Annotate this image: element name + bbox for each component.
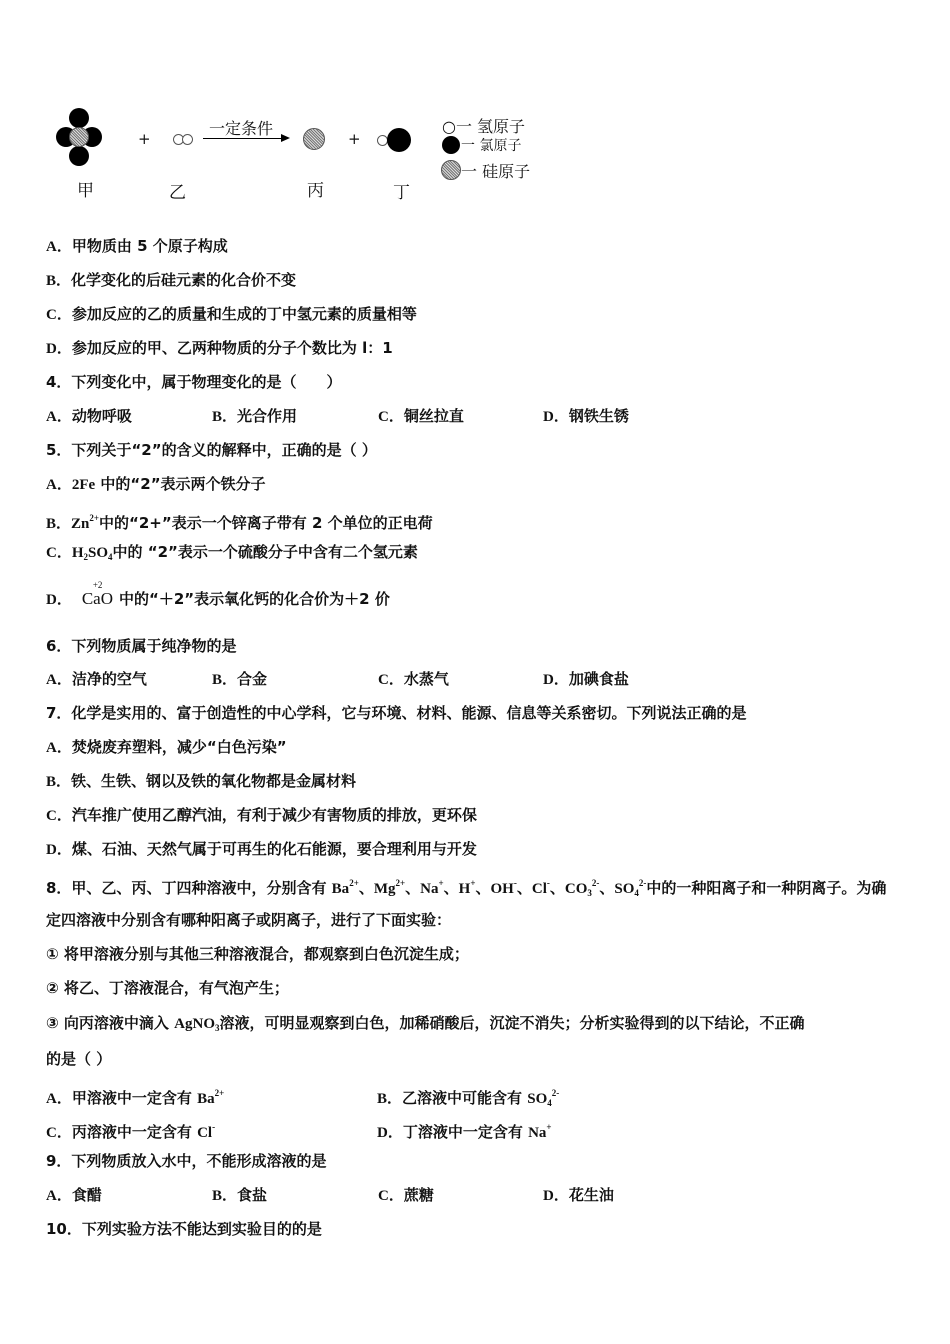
arrow-condition-label: 一定条件 <box>209 116 273 139</box>
q6-stem: 6．下列物质属于纯净物的是 <box>46 636 236 656</box>
q9-option-a: A．食醋 <box>46 1185 102 1206</box>
chlorine-atom-icon <box>442 136 460 154</box>
silicon-atom-icon <box>69 127 89 147</box>
q6-option-d: D．加碘食盐 <box>543 669 629 690</box>
q8-experiment-3-line2: 的是（ ） <box>46 1049 111 1069</box>
q8-stem: 8．甲、乙、丙、丁四种溶液中，分别含有 Ba2+、Mg2+、Na+、H+、OH-… <box>46 873 886 903</box>
chlorine-atom-icon <box>69 146 89 166</box>
legend-hydrogen: ○一 氢原子 <box>442 114 525 137</box>
q9-option-d: D．花生油 <box>543 1185 614 1206</box>
q8-stem-line2: 定四溶液中分别含有哪种阳离子或阴离子，进行了下面实验： <box>46 910 451 930</box>
q4-option-b: B．光合作用 <box>212 406 297 427</box>
q4-option-a: A．动物呼吸 <box>46 406 132 427</box>
q5-option-c: C．H2SO4中的 “2”表示一个硫酸分子中含有二个氢元素 <box>46 542 418 567</box>
legend-chlorine: 一 氯原子 <box>461 135 521 155</box>
q3-option-c: C．参加反应的乙的质量和生成的丁中氢元素的质量相等 <box>46 304 417 325</box>
q4-stem: 4．下列变化中，属于物理变化的是（ ） <box>46 372 341 392</box>
reaction-diagram: + 一定条件 + 甲 乙 丙 丁 ○一 氢原子 一 氯原子 一 硅原子 <box>40 100 560 210</box>
label-jia: 甲 <box>77 176 94 201</box>
hydrogen-atom-icon <box>182 134 193 145</box>
q7-option-b: B．铁、生铁、钢以及铁的氧化物都是金属材料 <box>46 771 356 792</box>
silicon-atom-icon <box>441 160 461 180</box>
cao-formula: +2CaO <box>82 589 113 609</box>
reaction-arrow-icon <box>203 138 283 139</box>
silicon-atom-icon <box>303 128 325 150</box>
q6-option-b: B．合金 <box>212 669 267 690</box>
q5-option-a: A．2Fe 中的“2”表示两个铁分子 <box>46 474 266 495</box>
q9-option-b: B．食盐 <box>212 1185 267 1206</box>
chlorine-atom-icon <box>69 108 89 128</box>
q4-option-d: D．钢铁生锈 <box>543 406 629 427</box>
q9-stem: 9．下列物质放入水中，不能形成溶液的是 <box>46 1151 326 1171</box>
q3-option-a: A．甲物质由 5 个原子构成 <box>46 236 228 257</box>
chlorine-atom-icon <box>387 128 411 152</box>
label-ding: 丁 <box>393 178 410 203</box>
plus-sign: + <box>138 130 151 148</box>
plus-sign: + <box>348 130 361 148</box>
q3-option-b: B．化学变化的后硅元素的化合价不变 <box>46 270 296 291</box>
q5-stem: 5．下列关于“2”的含义的解释中，正确的是（ ） <box>46 440 377 460</box>
legend-silicon: 一 硅原子 <box>461 159 530 182</box>
q7-stem: 7．化学是实用的、富于创造性的中心学科，它与环境、材料、能源、信息等关系密切。下… <box>46 703 746 723</box>
q3-option-d: D．参加反应的甲、乙两种物质的分子个数比为 l：1 <box>46 338 393 359</box>
label-yi: 乙 <box>169 178 186 203</box>
q8-experiment-3: ③ 向丙溶液中滴入 AgNO3溶液，可明显观察到白色，加稀硝酸后，沉淀不消失；分… <box>46 1013 805 1038</box>
q10-stem: 10．下列实验方法不能达到实验目的的是 <box>46 1219 322 1239</box>
q8-experiment-1: ① 将甲溶液分别与其他三种溶液混合，都观察到白色沉淀生成； <box>46 944 469 964</box>
q6-option-a: A．洁净的空气 <box>46 669 147 690</box>
q8-option-b: B．乙溶液中可能含有 SO42- <box>377 1083 559 1113</box>
arrow-head-icon <box>281 134 290 142</box>
q7-option-c: C．汽车推广使用乙醇汽油，有利于减少有害物质的排放，更环保 <box>46 805 477 826</box>
q8-experiment-2: ② 将乙、丁溶液混合，有气泡产生； <box>46 978 289 998</box>
q7-option-a: A．焚烧废弃塑料，减少“白色污染” <box>46 737 287 758</box>
exam-page: + 一定条件 + 甲 乙 丙 丁 ○一 氢原子 一 氯原子 一 硅原子 A．甲物… <box>0 0 950 1344</box>
q7-option-d: D．煤、石油、天然气属于可再生的化石能源，要合理利用与开发 <box>46 839 477 860</box>
q6-option-c: C．水蒸气 <box>378 669 449 690</box>
q9-option-c: C．蔗糖 <box>378 1185 434 1206</box>
q5-option-d: D．+2CaO中的“＋2”表示氧化钙的化合价为＋2 价 <box>46 589 390 610</box>
q8-option-c: C．丙溶液中一定含有 Cl- <box>46 1117 215 1143</box>
q8-option-a: A．甲溶液中一定含有 Ba2+ <box>46 1083 224 1109</box>
q4-option-c: C．铜丝拉直 <box>378 406 464 427</box>
q5-option-b: B．Zn2+中的“2+”表示一个锌离子带有 2 个单位的正电荷 <box>46 508 433 534</box>
label-bing: 丙 <box>307 176 324 201</box>
q8-option-d: D．丁溶液中一定含有 Na+ <box>377 1117 552 1143</box>
